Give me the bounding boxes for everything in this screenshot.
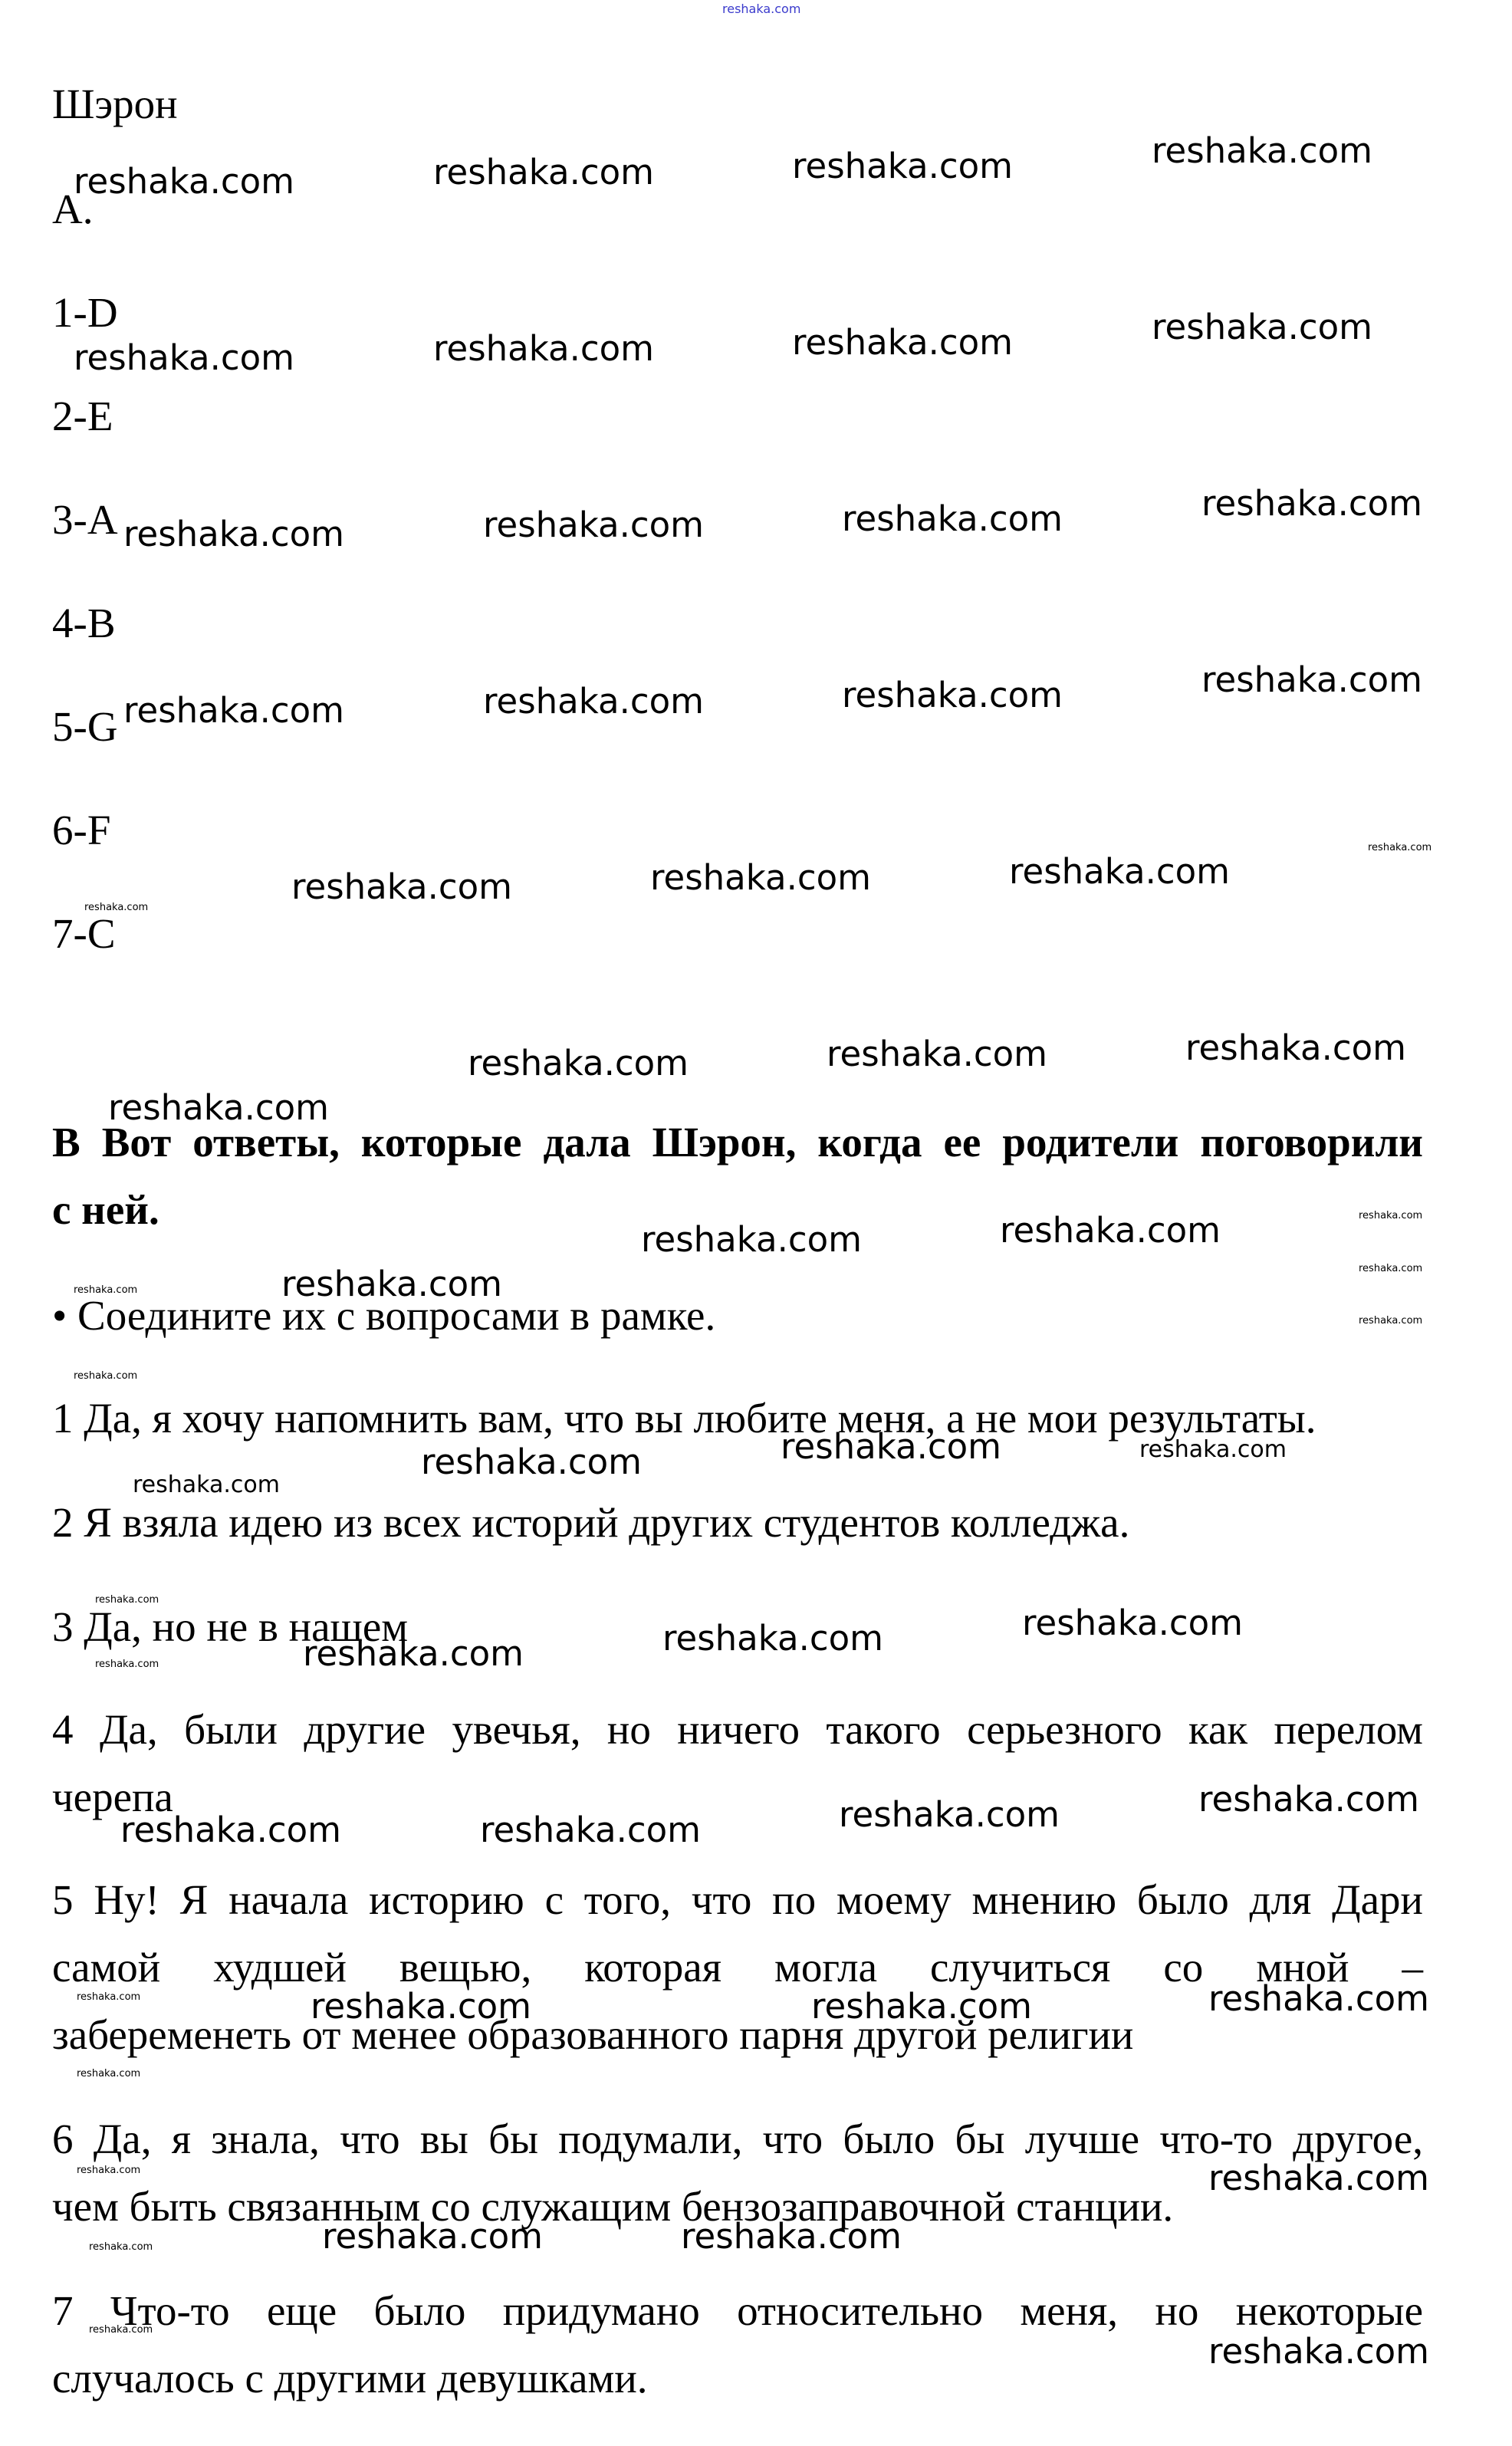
watermark-small: reshaka.com	[95, 1595, 159, 1605]
answer-2: 2-E	[52, 395, 113, 437]
answer-7: 7-C	[52, 912, 116, 955]
watermark: reshaka.com	[1208, 1981, 1429, 2016]
watermark-small: reshaka.com	[74, 1371, 137, 1381]
watermark: reshaka.com	[1185, 1031, 1406, 1065]
watermark-small: reshaka.com	[95, 1659, 159, 1669]
watermark: reshaka.com	[842, 678, 1063, 712]
watermark: reshaka.com	[303, 1636, 524, 1671]
watermark-small: reshaka.com	[77, 2069, 140, 2079]
item-7: 7 Что-то еще было придумано относительно…	[52, 2290, 1423, 2332]
watermark-small: reshaka.com	[77, 2165, 140, 2175]
watermark: reshaka.com	[421, 1445, 642, 1479]
watermark: reshaka.com	[483, 508, 704, 542]
watermark: reshaka.com	[311, 1989, 531, 2024]
watermark: reshaka.com	[74, 164, 294, 199]
watermark-small: reshaka.com	[1359, 1316, 1422, 1326]
watermark: reshaka.com	[842, 501, 1063, 536]
watermark-small: reshaka.com	[1359, 1264, 1422, 1274]
watermark: reshaka.com	[1152, 133, 1372, 168]
watermark: reshaka.com	[792, 149, 1013, 183]
watermark: reshaka.com	[792, 325, 1013, 360]
item-6-cont: чем быть связанным со служащим бензозапр…	[52, 2185, 1173, 2227]
header-watermark: reshaka.com	[722, 2, 800, 16]
answer-4: 4-B	[52, 602, 116, 644]
watermark: reshaka.com	[1000, 1213, 1221, 1248]
watermark: reshaka.com	[839, 1797, 1060, 1832]
answer-3: 3-A	[52, 498, 118, 541]
answer-1: 1-D	[52, 291, 118, 334]
watermark: reshaka.com	[433, 155, 654, 189]
watermark: reshaka.com	[1201, 486, 1422, 521]
answer-6: 6-F	[52, 809, 110, 851]
page-title: Шэрон	[52, 83, 178, 125]
watermark: reshaka.com	[650, 860, 871, 895]
watermark: reshaka.com	[1009, 854, 1230, 889]
watermark-small: reshaka.com	[1359, 1211, 1422, 1221]
watermark: reshaka.com	[1198, 1782, 1419, 1816]
watermark: reshaka.com	[281, 1267, 502, 1301]
watermark-small: reshaka.com	[89, 2325, 153, 2335]
answer-5: 5-G	[52, 705, 118, 748]
watermark: reshaka.com	[123, 517, 344, 551]
item-5: 5 Ну! Я начала историю с того, что по мо…	[52, 1879, 1423, 1921]
watermark: reshaka.com	[1139, 1438, 1287, 1461]
section-b-heading-cont: с ней.	[52, 1188, 159, 1231]
watermark: reshaka.com	[811, 1989, 1032, 2024]
watermark: reshaka.com	[133, 1474, 280, 1497]
watermark: reshaka.com	[1152, 310, 1372, 344]
watermark: reshaka.com	[108, 1090, 329, 1125]
watermark-small: reshaka.com	[74, 1285, 137, 1295]
watermark: reshaka.com	[827, 1037, 1047, 1071]
watermark: reshaka.com	[1208, 2334, 1429, 2369]
watermark: reshaka.com	[641, 1222, 862, 1257]
watermark-small: reshaka.com	[84, 902, 148, 912]
watermark: reshaka.com	[74, 340, 294, 375]
item-4: 4 Да, были другие увечья, но ничего тако…	[52, 1708, 1423, 1751]
watermark: reshaka.com	[1201, 662, 1422, 697]
watermark: reshaka.com	[433, 331, 654, 366]
watermark: reshaka.com	[480, 1813, 701, 1847]
item-2: 2 Я взяла идею из всех историй других ст…	[52, 1501, 1129, 1544]
watermark-small: reshaka.com	[89, 2242, 153, 2252]
watermark: reshaka.com	[781, 1429, 1001, 1464]
watermark: reshaka.com	[123, 693, 344, 728]
watermark: reshaka.com	[291, 870, 512, 904]
watermark: reshaka.com	[1208, 2161, 1429, 2195]
watermark: reshaka.com	[322, 2219, 543, 2254]
item-1: 1 Да, я хочу напомнить вам, что вы любит…	[52, 1397, 1316, 1439]
watermark: reshaka.com	[681, 2219, 902, 2254]
watermark: reshaka.com	[483, 684, 704, 718]
watermark-small: reshaka.com	[1368, 843, 1431, 853]
item-6: 6 Да, я знала, что вы бы подумали, что б…	[52, 2118, 1423, 2160]
item-7-cont: случалось с другими девушками.	[52, 2357, 648, 2399]
watermark-small: reshaka.com	[77, 1992, 140, 2002]
watermark: reshaka.com	[662, 1621, 883, 1655]
watermark: reshaka.com	[1022, 1606, 1243, 1640]
watermark: reshaka.com	[120, 1813, 341, 1847]
watermark: reshaka.com	[468, 1046, 689, 1080]
